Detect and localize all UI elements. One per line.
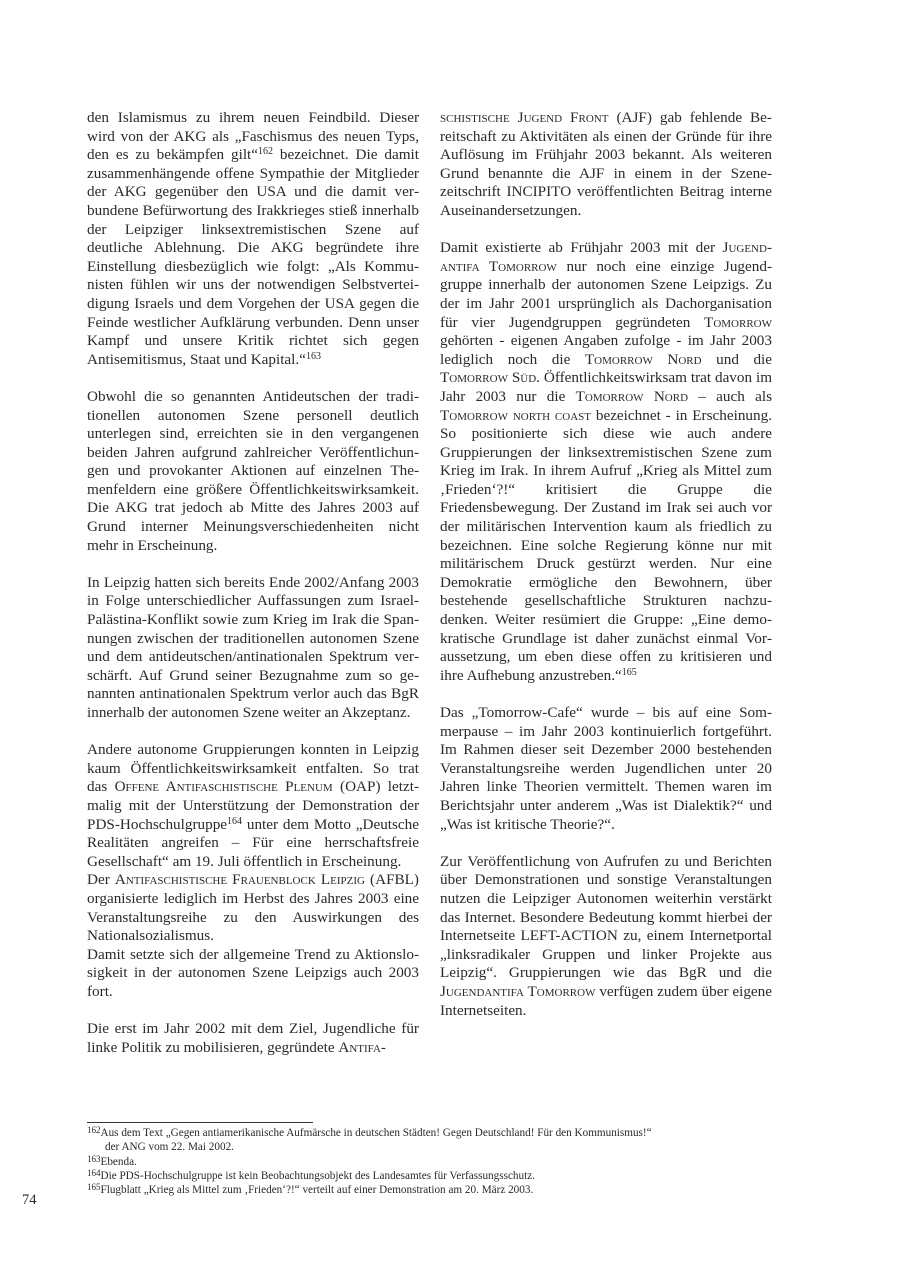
- footnote-number: 163: [87, 1154, 101, 1164]
- org-name: Antifaschistische Frauenblock Leipzig: [115, 871, 365, 888]
- text: bezeichnet. Die damit zusammenhängende o…: [87, 146, 419, 368]
- footnote-164: 164Die PDS-Hochschulgruppe ist kein Beob…: [87, 1169, 773, 1183]
- footnote-text: Aus dem Text „Gegen antiamerikanische Au…: [101, 1127, 652, 1139]
- left-column: den Islamismus zu ihrem neuen Feindbild.…: [87, 109, 419, 1076]
- footnotes: 162Aus dem Text „Gegen antiamerikanische…: [87, 1126, 773, 1197]
- footnote-number: 164: [87, 1168, 101, 1178]
- org-name: schistische Jugend Front: [440, 109, 608, 126]
- page-number: 74: [22, 1192, 37, 1209]
- paragraph-ajf-start: Die erst im Jahr 2002 mit dem Ziel, Juge…: [87, 1020, 419, 1057]
- paragraph-leipzig-spannungen: In Leipzig hatten sich bereits Ende 2002…: [87, 574, 419, 723]
- footnote-number: 162: [87, 1125, 101, 1135]
- paragraph-antideutsche: Obwohl die so genannten Antideutschen de…: [87, 388, 419, 555]
- footnote-165: 165Flugblatt „Krieg als Mittel zum ‚Frie…: [87, 1183, 773, 1197]
- footnote-text: Ebenda.: [101, 1156, 137, 1168]
- org-name: Tomor­row: [704, 314, 772, 331]
- org-name: Antifa-: [338, 1039, 386, 1056]
- org-name: Offene Antifaschistische Plenum: [115, 778, 333, 795]
- paragraph-trend: Damit setzte sich der allgemeine Trend z…: [87, 946, 419, 1002]
- org-name: Tomorrow north coast: [440, 407, 591, 424]
- footnote-divider: [87, 1122, 313, 1123]
- text: Der: [87, 871, 115, 888]
- text: Zur Veröffentlichung von Aufrufen zu und…: [440, 853, 772, 982]
- paragraph-internet: Zur Veröffentlichung von Aufrufen zu und…: [440, 853, 772, 1020]
- paragraph-oap: Andere autonome Gruppierungen konnten in…: [87, 741, 419, 871]
- paragraph-akg-feindbild: den Islamismus zu ihrem neuen Feindbild.…: [87, 109, 419, 369]
- right-column: schistische Jugend Front (AJF) gab fehle…: [440, 109, 772, 1039]
- footnote-ref-165[interactable]: 165: [622, 667, 637, 678]
- text: und die: [702, 351, 772, 368]
- footnote-ref-164[interactable]: 164: [227, 816, 242, 827]
- footnote-text: Die PDS-Hochschulgruppe ist kein Beobach…: [101, 1170, 535, 1182]
- footnote-162: 162Aus dem Text „Gegen antiamerikanische…: [87, 1126, 773, 1155]
- text: Damit existierte ab Frühjahr 2003 mit de…: [440, 239, 723, 256]
- paragraph-ajf-aufloesung: schistische Jugend Front (AJF) gab fehle…: [440, 109, 772, 221]
- footnote-ref-162[interactable]: 162: [258, 146, 273, 157]
- paragraph-tomorrow-cafe: Das „Tomorrow-Cafe“ wurde – bis auf eine…: [440, 704, 772, 834]
- org-name: Tomorrow Nord: [576, 388, 688, 405]
- footnote-number: 165: [87, 1182, 101, 1192]
- text: bezeichnet - in Erscheinung. So position…: [440, 407, 772, 684]
- org-name: Jugendantifa Tomorrow: [440, 983, 595, 1000]
- footnote-ref-163[interactable]: 163: [306, 351, 321, 362]
- paragraph-tomorrow: Damit existierte ab Frühjahr 2003 mit de…: [440, 239, 772, 685]
- org-name: Tomorrow Süd: [440, 369, 536, 386]
- text: – auch als: [688, 388, 772, 405]
- org-name: Tomorrow Nord: [585, 351, 702, 368]
- footnote-163: 163Ebenda.: [87, 1155, 773, 1169]
- footnote-text: Flugblatt „Krieg als Mittel zum ‚Frieden…: [101, 1184, 534, 1196]
- paragraph-afbl: Der Antifaschistische Frauenblock Leipzi…: [87, 871, 419, 945]
- footnote-text-continued: der ANG vom 22. Mai 2002.: [87, 1140, 773, 1154]
